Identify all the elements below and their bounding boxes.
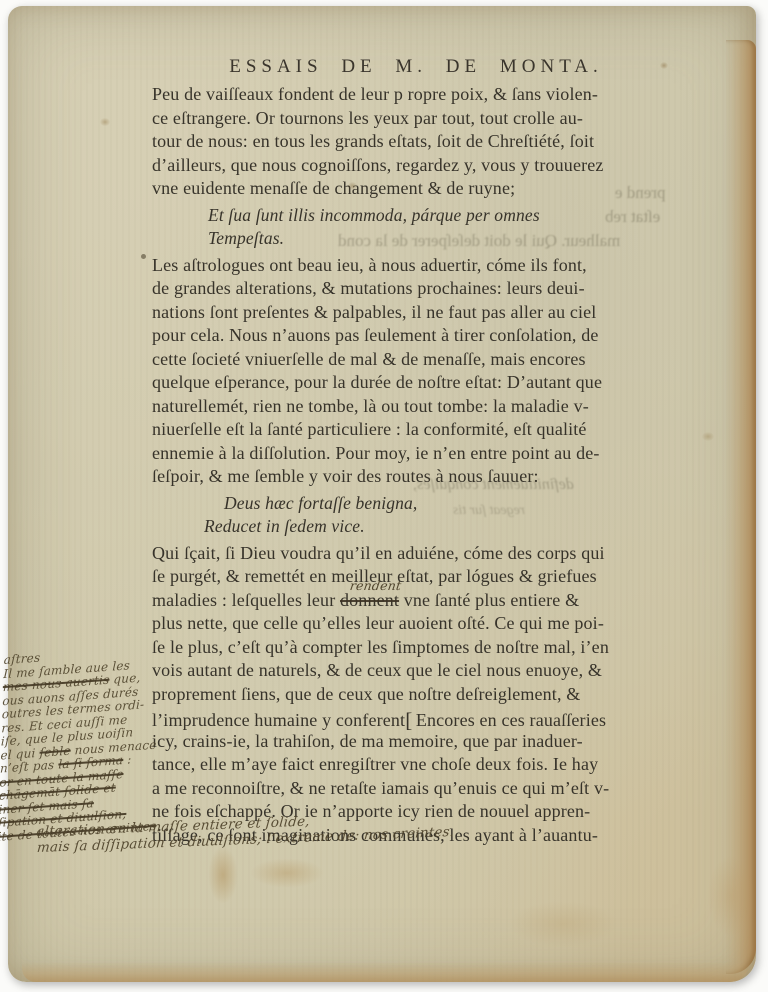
quote-line: Reducet in ſedem vice.: [152, 516, 680, 540]
printed-text-block: ESSAIS DE M. DE MONTA. Peu de vaiſſeaux …: [152, 56, 680, 848]
text-line: Les aſtrologues ont beau ieu, à nous adu…: [152, 255, 680, 279]
text-line: tour de nous: en tous les grands eſtats,…: [152, 131, 680, 155]
text-line: naturellemét, rien ne tombe, là ou tout …: [152, 396, 680, 420]
handwritten-correction: rendent: [349, 578, 402, 593]
paragraph-2: Les aſtrologues ont beau ieu, à nous adu…: [152, 255, 680, 490]
text-line: plus nette, que celle qu’elles leur auoi…: [152, 613, 680, 637]
text-segment: vne ſanté plus entiere &: [399, 590, 579, 610]
stain: [208, 846, 238, 904]
edited-text-line: maladies : leſquelles leur donnentrenden…: [152, 590, 680, 614]
text-line: Peu de vaiſſeaux fondent de leur p ropre…: [152, 84, 680, 108]
quote-line: Tempeſtas.: [152, 228, 680, 252]
paragraph-3b: plus nette, que celle qu’elles leur auoi…: [152, 613, 680, 707]
margin-note-text: :: [123, 752, 132, 767]
marked-text-line: l’imprudence humaine y conferent[ Encore…: [152, 707, 680, 731]
struck-word: donnentrendent: [340, 590, 399, 610]
paragraph-1: Peu de vaiſſeaux fondent de leur p ropre…: [152, 84, 680, 202]
stain: [250, 858, 324, 888]
text-line: niuerſelle eſt la ſanté particuliere : l…: [152, 419, 680, 443]
text-line: a me reconnoiſtre, & ne retaſte iamais q…: [152, 778, 680, 802]
insertion-mark: [: [405, 708, 411, 732]
text-line: ennemie à la diſſolution. Pour moy, ie n…: [152, 443, 680, 467]
quote-line: Deus hæc fortaſſe benigna,: [152, 493, 680, 517]
text-line: icy, crains-ie, la trahiſon, de ma memoi…: [152, 731, 680, 755]
text-line: quelque eſperance, pour la durée de noſt…: [152, 372, 680, 396]
ink-speck: [141, 254, 146, 259]
text-line: d’ailleurs, que nous cognoiſſons, regard…: [152, 155, 680, 179]
latin-quote-1: Et ſua ſunt illis incommoda, párque per …: [152, 205, 680, 252]
text-line: cette ſocieté vniuerſelle de mal & de me…: [152, 349, 680, 373]
page-edge-bottom: [22, 962, 750, 982]
paragraph-3a: Qui ſçait, ſi Dieu voudra qu’il en aduié…: [152, 543, 680, 590]
text-line: de grandes alterations, & mutations proc…: [152, 278, 680, 302]
text-line: proprement ſiens, que de ceux que noſtre…: [152, 684, 680, 708]
text-line: pour cela. Nous n’auons pas ſeulement à …: [152, 325, 680, 349]
stain: [708, 856, 754, 936]
stain: [100, 118, 110, 126]
text-line: vois autant de naturels, & de ceux que l…: [152, 660, 680, 684]
stain: [702, 432, 714, 441]
running-header: ESSAIS DE M. DE MONTA.: [152, 56, 680, 84]
text-line: ſeſpoir, & me ſemble y voir des routes à…: [152, 466, 680, 490]
text-segment: Encores en ces rauaſſeries: [411, 710, 606, 730]
quote-line: Et ſua ſunt illis incommoda, párque per …: [152, 205, 680, 229]
text-line: Qui ſçait, ſi Dieu voudra qu’il en aduié…: [152, 543, 680, 567]
text-segment: maladies : leſquelles leur: [152, 590, 340, 610]
stain: [508, 901, 618, 947]
text-line: nations ſont preſentes & palpables, il n…: [152, 302, 680, 326]
text-segment: l’imprudence humaine y conferent: [152, 710, 405, 730]
text-line: ſe le plus, c’eſt qu’à compter les ſimpt…: [152, 637, 680, 661]
book-page: prend e eſtat reb malheur. Qui le doit d…: [8, 6, 756, 982]
text-line: tance, elle m’aye faict enregiſtrer vne …: [152, 754, 680, 778]
text-line: vne euidente menaſſe de changement & de …: [152, 178, 680, 202]
text-line: ce eſtrangere. Or tournons les yeux par …: [152, 108, 680, 132]
latin-quote-2: Deus hæc fortaſſe benigna,Reducet in ſed…: [152, 493, 680, 540]
margin-annotation: aſtres Il me ſamble aue les mes nous aue…: [0, 643, 162, 844]
page-edge-right: [726, 40, 756, 974]
text-line: ſe purgét, & remettét en meilleur eſtat,…: [152, 566, 680, 590]
